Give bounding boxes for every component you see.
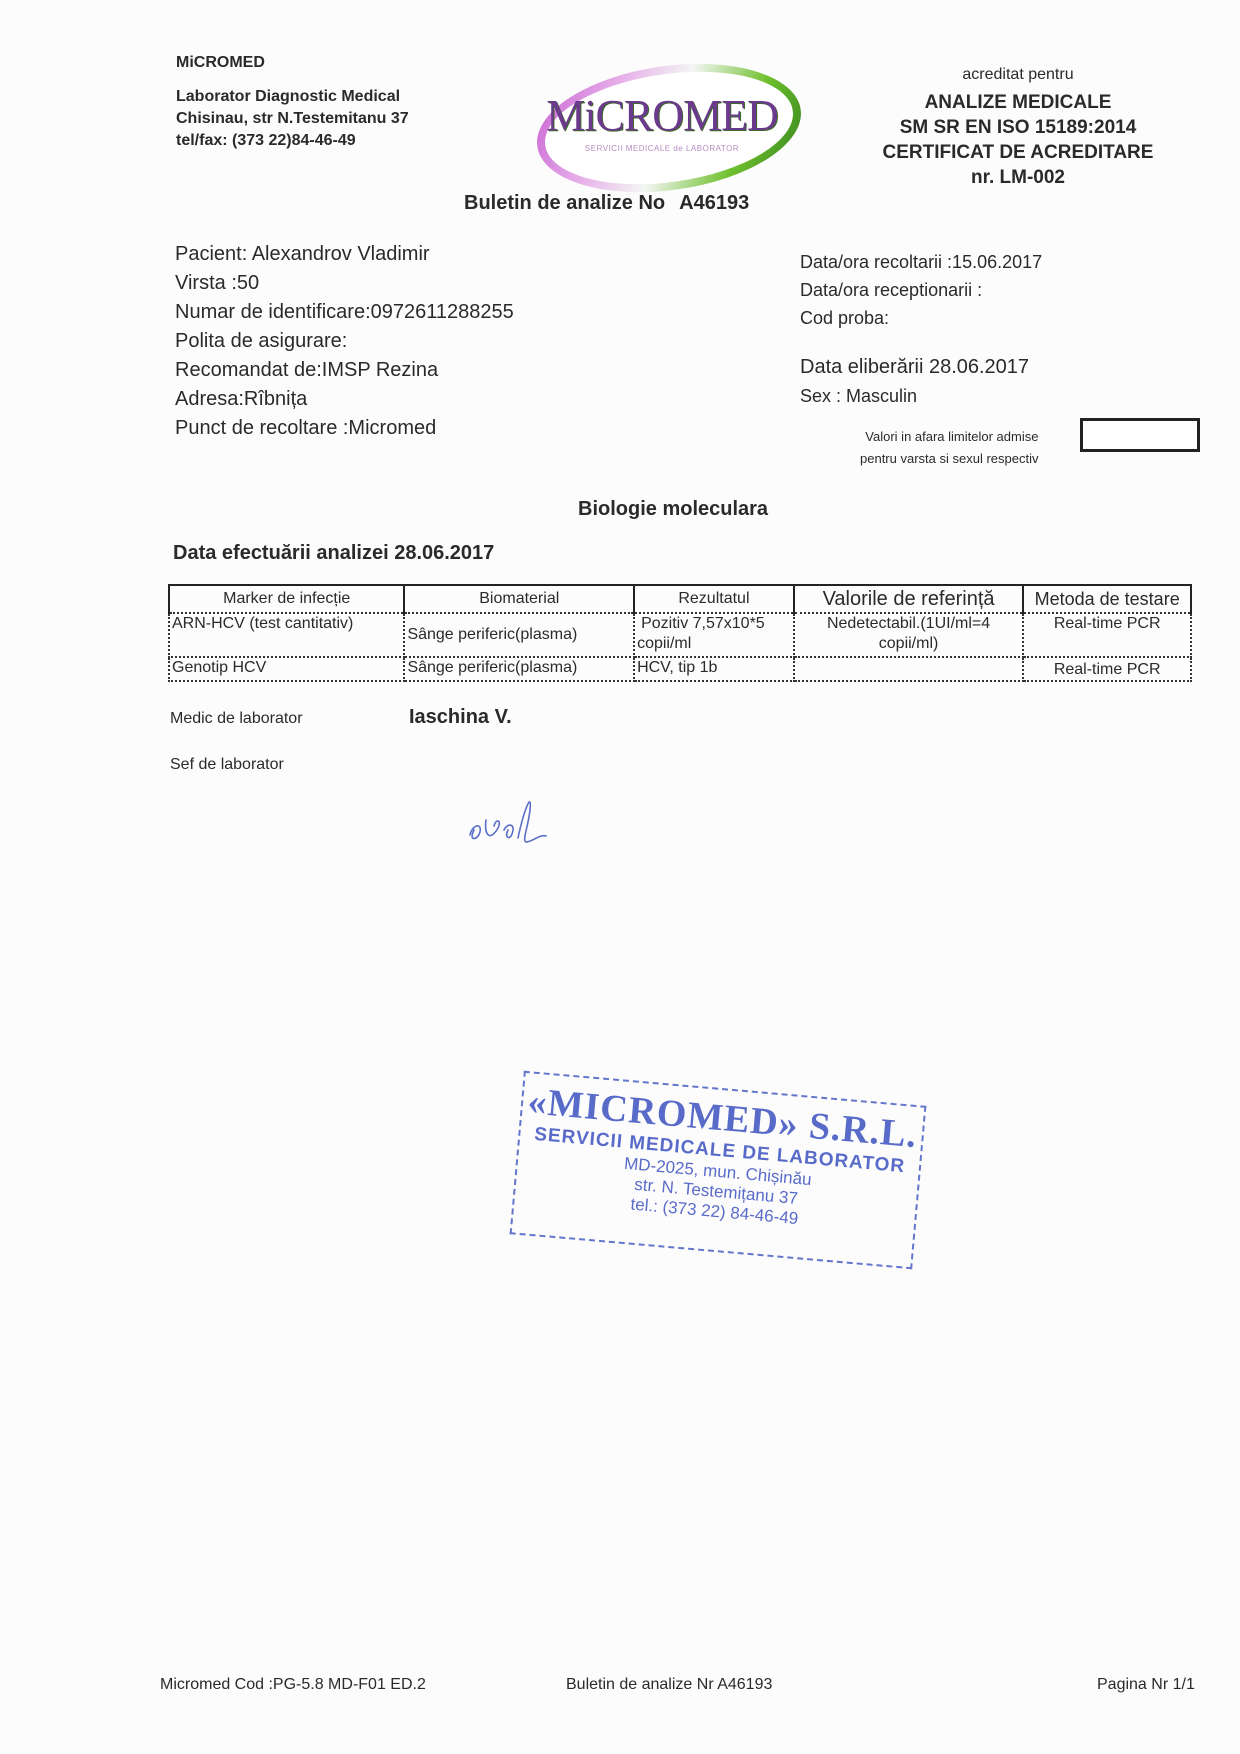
lab-head-label: Sef de laborator — [170, 756, 284, 774]
accreditation-intro: acreditat pentru — [868, 66, 1168, 84]
cell-reference — [794, 657, 1024, 681]
lab-doctor-label: Medic de laborator — [170, 710, 303, 728]
cell-result: Pozitiv 7,57x10*5 copii/ml — [634, 613, 794, 657]
section-title: Biologie moleculara — [578, 498, 768, 521]
result-unit: copii/ml — [637, 634, 791, 654]
issue-date: Data eliberării 28.06.2017 — [800, 352, 1042, 382]
cell-marker: ARN-HCV (test cantitativ) — [169, 613, 404, 657]
col-header-marker: Marker de infecție — [169, 585, 404, 613]
cell-result: HCV, tip 1b — [634, 657, 794, 681]
collection-date: Data/ora recoltarii :15.06.2017 — [800, 248, 1042, 276]
reception-date: Data/ora receptionarii : — [800, 276, 1042, 304]
patient-id: Numar de identificare:0972611288255 — [175, 298, 514, 327]
patient-collection-point: Punct de recoltare :Micromed — [175, 414, 514, 443]
accreditation-standard: SM SR EN ISO 15189:2014 — [868, 115, 1168, 140]
logo-wordmark: MiCROMED — [532, 90, 792, 141]
page-title: Buletin de analize NoA46193 — [464, 192, 749, 215]
lab-brand: MiCROMED — [176, 54, 409, 72]
legend-line-1: Valori in afara limitelor admise — [860, 426, 1038, 448]
sample-meta: Data/ora recoltarii :15.06.2017 Data/ora… — [800, 248, 1042, 410]
patient-sex: Sex : Masculin — [800, 382, 1042, 410]
result-value: Pozitiv 7,57x10*5 — [637, 614, 791, 634]
cell-method: Real-time PCR — [1023, 657, 1191, 681]
cell-marker: Genotip HCV — [169, 657, 404, 681]
cell-method: Real-time PCR — [1023, 613, 1191, 657]
table-header-row: Marker de infecție Biomaterial Rezultatu… — [169, 585, 1191, 613]
patient-name: Pacient: Alexandrov Vladimir — [175, 240, 514, 269]
footer-page-number: Pagina Nr 1/1 — [1097, 1676, 1195, 1694]
out-of-range-legend: Valori in afara limitelor admise pentru … — [860, 426, 1038, 470]
logo-tagline: SERVICII MEDICALE de LABORATOR — [532, 144, 792, 153]
legend-line-2: pentru varsta si sexul respectiv — [860, 448, 1038, 470]
cell-biomaterial: Sânge periferic(plasma) — [404, 657, 634, 681]
accreditation-scope: ANALIZE MEDICALE — [868, 90, 1168, 115]
accreditation-block: acreditat pentru ANALIZE MEDICALE SM SR … — [868, 66, 1168, 190]
cell-biomaterial: Sânge periferic(plasma) — [404, 613, 634, 657]
patient-insurance: Polita de asigurare: — [175, 327, 514, 356]
footer-bulletin: Buletin de analize Nr A46193 — [566, 1676, 772, 1694]
lab-address: Chisinau, str N.Testemitanu 37 — [176, 108, 409, 130]
table-row: ARN-HCV (test cantitativ) Sânge periferi… — [169, 613, 1191, 657]
patient-info: Pacient: Alexandrov Vladimir Virsta :50 … — [175, 240, 514, 443]
lab-name: Laborator Diagnostic Medical — [176, 86, 409, 108]
out-of-range-swatch — [1080, 418, 1200, 452]
patient-age: Virsta :50 — [175, 269, 514, 298]
bulletin-label: Buletin de analize No — [464, 192, 665, 214]
col-header-biomaterial: Biomaterial — [404, 585, 634, 613]
lab-doctor-name: Iaschina V. — [409, 706, 512, 729]
handwritten-signature-icon — [460, 780, 590, 860]
bulletin-number: A46193 — [679, 192, 749, 214]
results-table: Marker de infecție Biomaterial Rezultatu… — [168, 584, 1192, 682]
cell-reference: Nedetectabil.(1UI/ml=4 copii/ml) — [794, 613, 1024, 657]
lab-header: MiCROMED Laborator Diagnostic Medical Ch… — [176, 54, 409, 152]
company-stamp: «MICROMED» S.R.L. SERVICII MEDICALE DE L… — [510, 1071, 927, 1270]
accreditation-number: nr. LM-002 — [868, 165, 1168, 190]
col-header-reference: Valorile de referință — [794, 585, 1024, 613]
patient-referred-by: Recomandat de:IMSP Rezina — [175, 356, 514, 385]
lab-phone: tel/fax: (373 22)84-46-49 — [176, 130, 409, 152]
col-header-result: Rezultatul — [634, 585, 794, 613]
col-header-method: Metoda de testare — [1023, 585, 1191, 613]
analysis-date: Data efectuării analizei 28.06.2017 — [173, 542, 494, 565]
footer-form-code: Micromed Cod :PG-5.8 MD-F01 ED.2 — [160, 1676, 426, 1694]
sample-code: Cod proba: — [800, 304, 1042, 332]
accreditation-certificate: CERTIFICAT DE ACREDITARE — [868, 140, 1168, 165]
table-row: Genotip HCV Sânge periferic(plasma) HCV,… — [169, 657, 1191, 681]
patient-address: Adresa:Rîbnița — [175, 385, 514, 414]
micromed-logo: MiCROMED SERVICII MEDICALE de LABORATOR — [532, 52, 792, 180]
